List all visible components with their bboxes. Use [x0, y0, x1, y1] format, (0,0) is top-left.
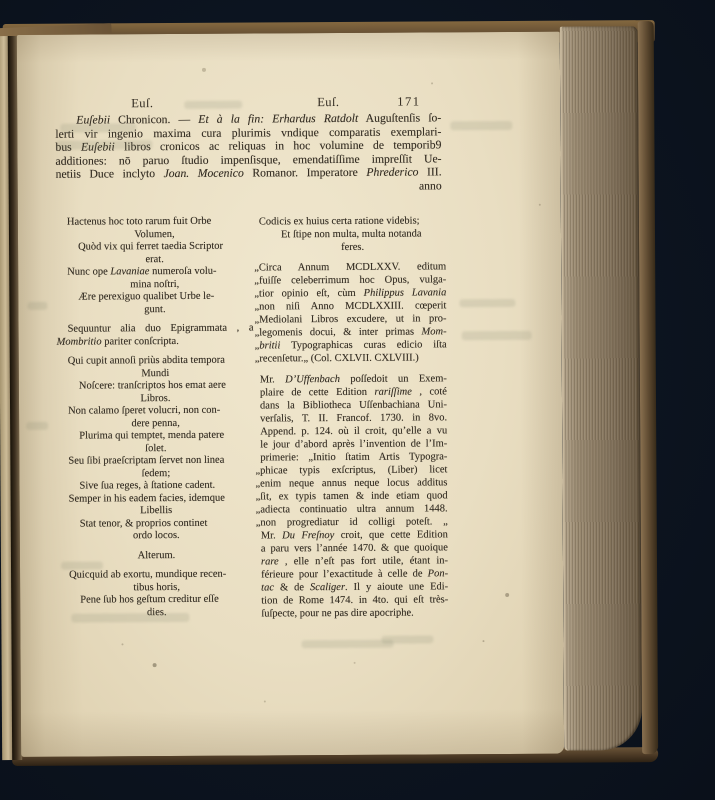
ink-bleed-smudge: [60, 123, 136, 132]
text-line: Mundi: [57, 367, 254, 381]
ink-bleed-smudge: [381, 635, 433, 643]
text-line: gunt.: [56, 303, 253, 317]
ink-bleed-smudge: [61, 561, 103, 569]
right-text-column: Codicis ex huius certa ratione videbis;E…: [259, 214, 448, 621]
text-line: „fuiſſe celeberrimum hoc Opus, vulga-: [254, 274, 446, 288]
text-line: Plurima qui temptet, menda patere: [57, 430, 254, 444]
text-line: Mr. D’Uffenbach poſſedoit un Exem-: [260, 372, 447, 386]
open-book: Euſ. Euſ. 171 Euſebii Chronicon. — Et à …: [0, 0, 715, 800]
text-line: ordo locos.: [58, 530, 255, 544]
text-line: Non calamo ſperet volucri, non con-: [57, 405, 254, 419]
ink-bleed-smudge: [184, 101, 242, 109]
text-line: rare , elle n’eſt pas fort utile, étant …: [261, 555, 448, 569]
text-line: netiis Duce inclyto Joan. Mocenico Roman…: [56, 166, 442, 182]
text-line: Volumen,: [56, 228, 253, 242]
text-line: férieure pour l’exactitude à celle de Po…: [261, 568, 448, 582]
text-line: „tior opinio eſt, cùm Philippus Lavania: [254, 287, 446, 301]
text-line: Et ſtipe non multa, multa notanda: [259, 227, 446, 241]
text-line: tac & de Scaliger. Il y aioute une Edi-: [261, 581, 448, 595]
text-line: ſedem;: [57, 467, 254, 481]
text-line: ſolet.: [57, 442, 254, 456]
text-line: Quòd vix qui ferret taedia Scriptor: [56, 241, 253, 255]
text-line: Append. p. 124. où il croit, qu’elle a v…: [260, 424, 447, 438]
text-line: „recenſetur.„ (Col. CXLVII. CXLVIII.): [255, 352, 447, 366]
text-line: a paru vers l’année 1470. & que quoique: [261, 541, 448, 555]
text-line: Seu ſibi praeſcriptam ſervet non linea: [57, 455, 254, 469]
text-line: Semper in his eadem facies, idemque: [58, 492, 255, 506]
ink-bleed-smudge: [56, 140, 152, 150]
text-line: plaire de cette Edition rariſſime , coté: [260, 385, 447, 399]
text-line: Ære perexiguo qualibet Urbe le-: [56, 291, 253, 305]
text-line: feres.: [259, 240, 446, 254]
text-line: le jour d’abord après l’invention de l’I…: [260, 437, 447, 451]
page-content: Euſ. Euſ. 171 Euſebii Chronicon. — Et à …: [0, 0, 715, 800]
ink-bleed-smudge: [71, 613, 189, 623]
text-line: Sive ſua reges, à ſtatione cadent.: [57, 480, 254, 494]
text-line: dans la Bibliotheca Uſſenbachiana Uni-: [260, 398, 447, 412]
ink-bleed-smudge: [301, 640, 393, 649]
text-line: „britii Typographicas curas edicio iſta: [255, 339, 447, 353]
book-photograph: Euſ. Euſ. 171 Euſebii Chronicon. — Et à …: [0, 0, 715, 800]
text-line: Codicis ex huius certa ratione videbis;: [259, 214, 446, 228]
text-line: Mr. Du Freſnoy croit, que cette Edition: [261, 528, 448, 542]
ink-bleed-smudge: [462, 331, 532, 340]
running-title-center: Euſ.: [317, 95, 339, 110]
text-line: Sequuntur alia duo Epigrammata , a: [57, 323, 254, 337]
text-line: anno: [56, 179, 442, 195]
text-line: „Circa Annum MCDLXXV. editum: [254, 260, 446, 274]
text-line: Libellis: [58, 505, 255, 519]
text-line: dere penna,: [57, 417, 254, 431]
text-line: primerie: „Initio ſtatim Artis Typogra-: [260, 450, 447, 464]
text-line: „adiecta continuatio ultra annum 1448.: [256, 502, 448, 516]
text-line: „legomenis docui, & inter primas Mom-: [255, 326, 447, 340]
text-line: Mombritio pariter conſcripta.: [57, 335, 254, 349]
text-line: Qui cupit annoſi priùs abdita tempora: [57, 355, 254, 369]
text-line: erat.: [56, 253, 253, 267]
text-line: tibus horis,: [58, 581, 255, 595]
page-number: 171: [397, 95, 420, 110]
text-line: mina noſtri,: [56, 278, 253, 292]
text-line: Pene ſub hos geſtum creditur eſſe: [58, 594, 255, 608]
text-line: Quicquid ab exortu, mundique recen-: [58, 569, 255, 583]
running-title-left: Euſ.: [131, 96, 153, 111]
text-line: „phicae typis exſcriptus, (Liber) licet: [255, 463, 447, 477]
text-line: ſuſpecte, pour ne pas dire apocriphe.: [261, 607, 448, 621]
left-text-column: Hactenus hoc toto rarum fuit OrbeVolumen…: [56, 216, 255, 620]
ink-bleed-smudge: [26, 422, 48, 430]
text-line: tion de Rome 1474. in 4to. qui eſt très-: [261, 594, 448, 608]
text-line: Libros.: [57, 392, 254, 406]
text-line: „ſit, ex typis tamen & inde etiam quod: [256, 489, 448, 503]
ink-bleed-smudge: [459, 299, 515, 307]
text-line: verſalis, T. II. Francof. 1730. in 8vo.: [260, 411, 447, 425]
ink-bleed-smudge: [450, 121, 512, 130]
text-line: Noſcere: tranſcriptos hos emat aere: [57, 380, 254, 394]
ink-bleed-smudge: [27, 302, 47, 310]
ink-bleed-smudges: [0, 0, 713, 2]
text-line: „non niſi Anno MCDLXXIII. cœperit: [254, 300, 446, 314]
text-line: Nunc ope Lavaniae numeroſa volu-: [56, 266, 253, 280]
text-line: „Mediolani Libros excudere, ut in pro-: [254, 313, 446, 327]
text-line: Stat tenor, & proprios continet: [58, 517, 255, 531]
text-line: Hactenus hoc toto rarum fuit Orbe: [56, 216, 253, 230]
text-line: „enim neque annus neque locus additus: [255, 476, 447, 490]
text-line: „non progrediatur id colligi poteſt. „: [256, 515, 448, 529]
